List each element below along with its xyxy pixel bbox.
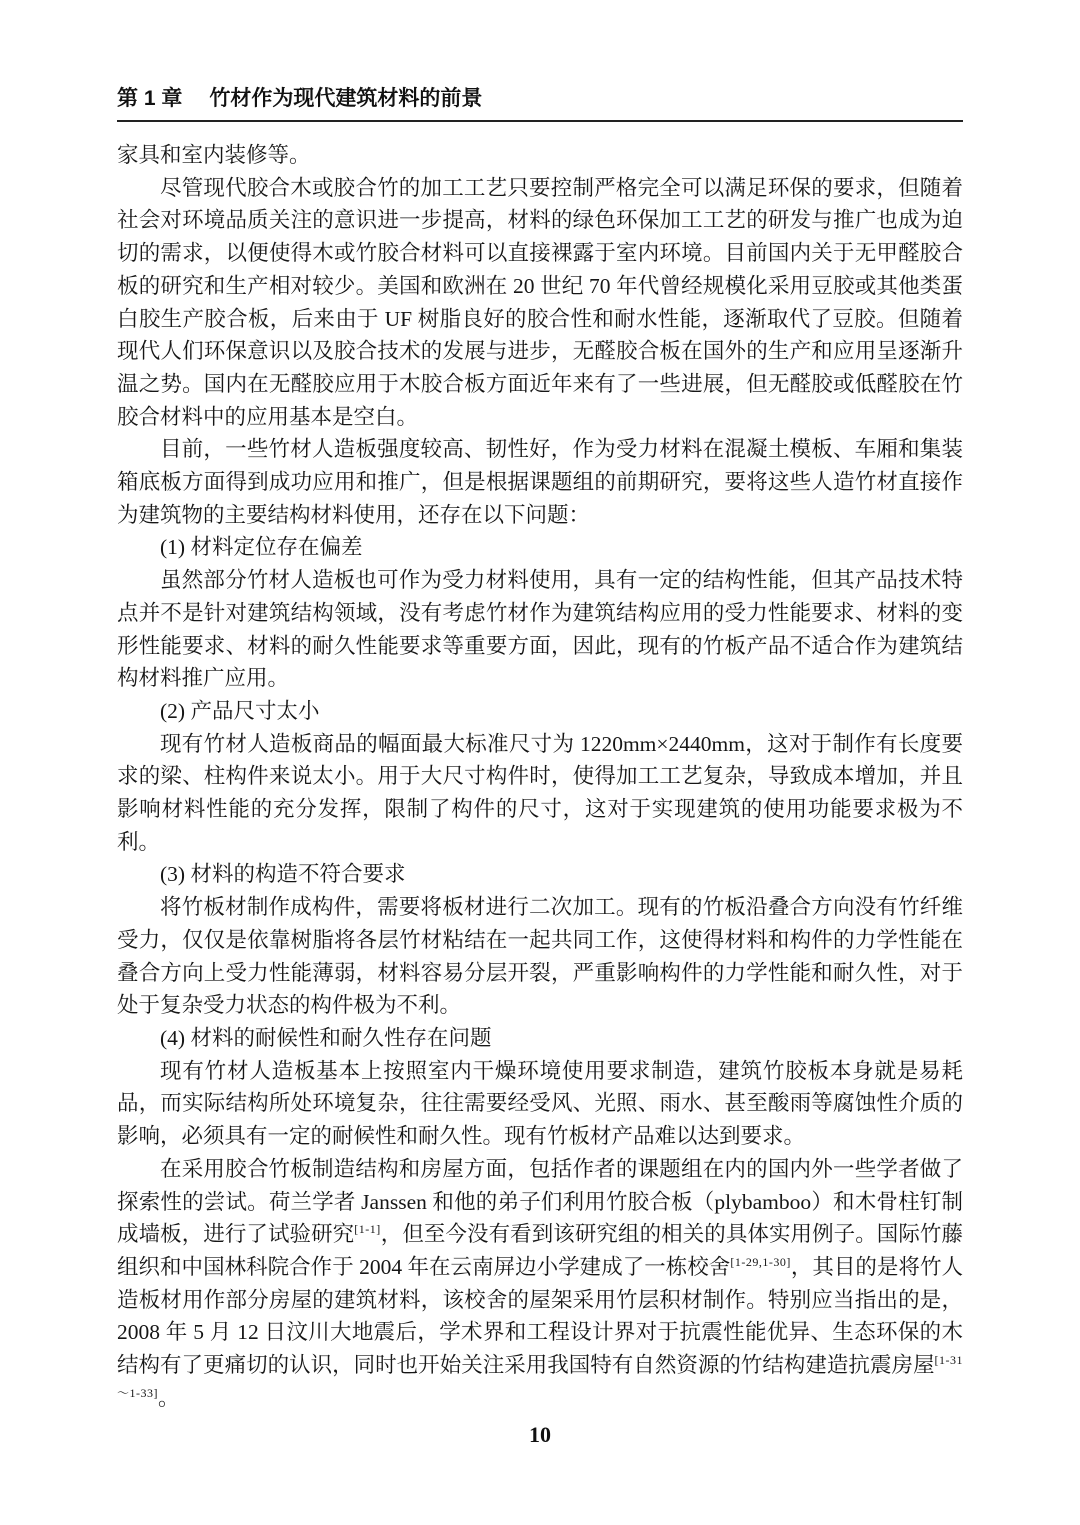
paragraph: 目前，一些竹材人造板强度较高、韧性好，作为受力材料在混凝土模板、车厢和集装箱底板… <box>117 433 963 531</box>
document-page: 第 1 章竹材作为现代建筑材料的前景 家具和室内装修等。尽管现代胶合木或胶合竹的… <box>0 0 1080 1525</box>
paragraph: 现有竹材人造板商品的幅面最大标准尺寸为 1220mm×2440mm，这对于制作有… <box>117 728 963 859</box>
paragraph: (1) 材料定位存在偏差 <box>117 531 963 564</box>
chapter-title: 竹材作为现代建筑材料的前景 <box>209 87 482 110</box>
page-number: 10 <box>0 1422 1080 1448</box>
paragraph: 现有竹材人造板基本上按照室内干燥环境使用要求制造，建筑竹胶板本身就是易耗品，而实… <box>117 1055 963 1153</box>
body-text: 家具和室内装修等。尽管现代胶合木或胶合竹的加工工艺只要控制严格完全可以满足环保的… <box>117 139 963 1414</box>
chapter-number: 第 1 章 <box>117 87 182 110</box>
chapter-header: 第 1 章竹材作为现代建筑材料的前景 <box>117 0 963 110</box>
paragraph: 将竹板材制作成构件，需要将板材进行二次加工。现有的竹板沿叠合方向没有竹纤维受力，… <box>117 891 963 1022</box>
paragraph: 家具和室内装修等。 <box>117 139 963 172</box>
citation-ref: [1-31～1-33] <box>117 1353 963 1400</box>
citation-ref: [1-1] <box>354 1222 381 1236</box>
paragraph: (4) 材料的耐候性和耐久性存在问题 <box>117 1022 963 1055</box>
content-area: 第 1 章竹材作为现代建筑材料的前景 家具和室内装修等。尽管现代胶合木或胶合竹的… <box>117 0 963 1414</box>
paragraph: 尽管现代胶合木或胶合竹的加工工艺只要控制严格完全可以满足环保的要求，但随着社会对… <box>117 172 963 434</box>
header-divider <box>117 120 963 122</box>
paragraph: (2) 产品尺寸太小 <box>117 695 963 728</box>
citation-ref: [1-29,1-30] <box>730 1255 790 1269</box>
paragraph: 虽然部分竹材人造板也可作为受力材料使用，具有一定的结构性能，但其产品技术特点并不… <box>117 564 963 695</box>
paragraph: (3) 材料的构造不符合要求 <box>117 858 963 891</box>
paragraph: 在采用胶合竹板制造结构和房屋方面，包括作者的课题组在内的国内外一些学者做了探索性… <box>117 1153 963 1415</box>
